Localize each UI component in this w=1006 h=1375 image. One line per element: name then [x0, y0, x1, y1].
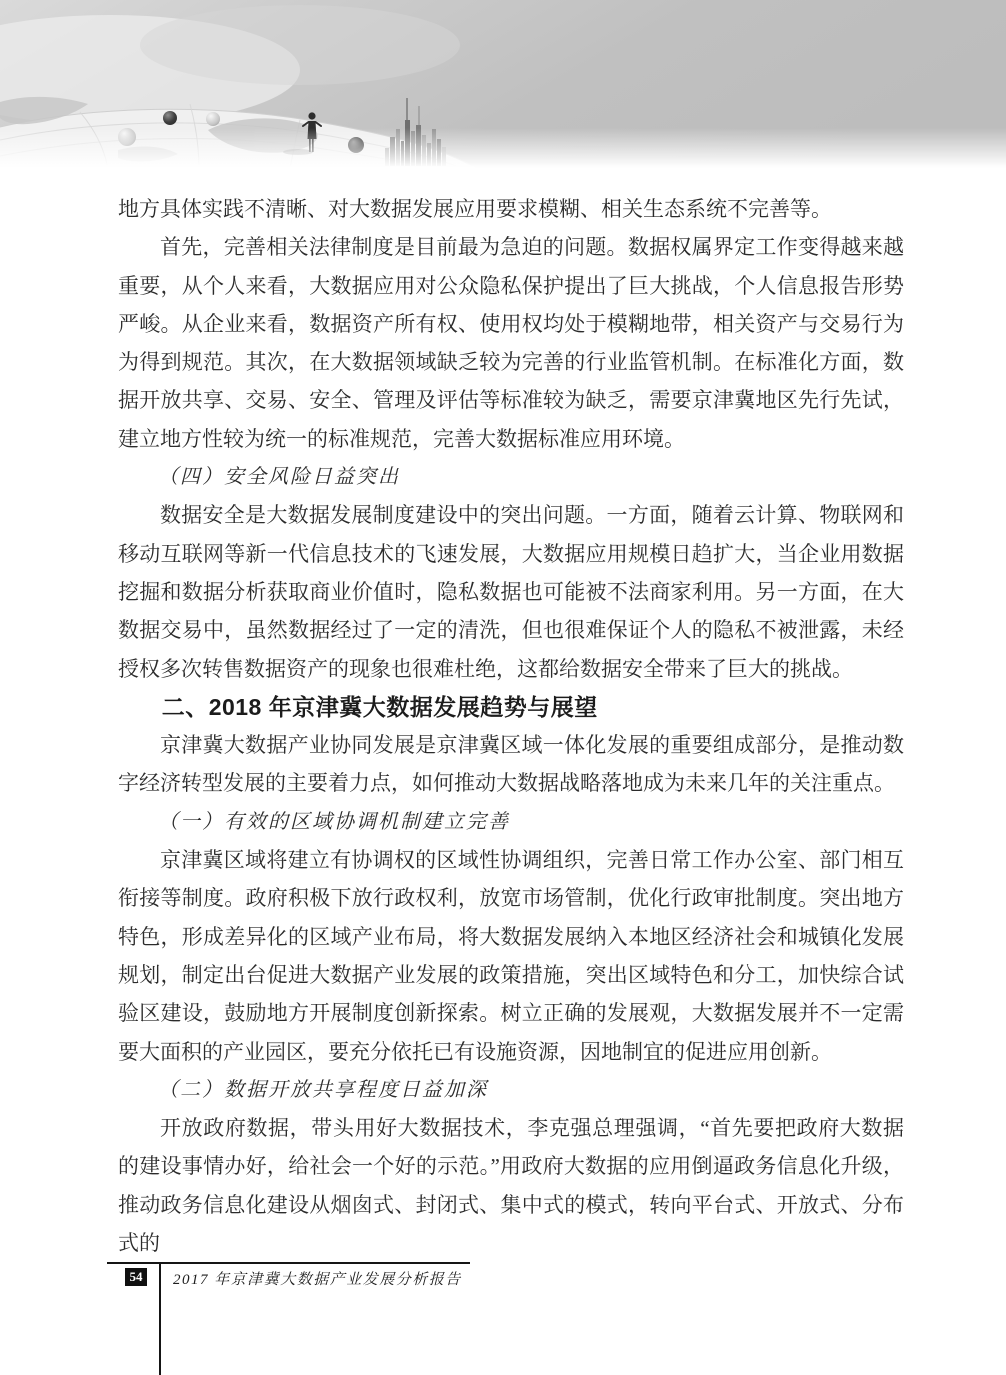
page-number-badge: 54: [125, 1268, 147, 1286]
header-banner-art: [0, 0, 1006, 172]
report-page: 地方具体实践不清晰、对大数据发展应用要求模糊、相关生态系统不完善等。首先，完善相…: [0, 0, 1006, 1375]
paragraph-continuation: 地方具体实践不清晰、对大数据发展应用要求模糊、相关生态系统不完善等。: [118, 190, 904, 228]
paragraph: 首先，完善相关法律制度是目前最为急迫的问题。数据权属界定工作变得越来越重要，从个…: [118, 228, 904, 458]
paragraph: 京津冀大数据产业协同发展是京津冀区域一体化发展的重要组成部分，是推动数字经济转型…: [118, 726, 904, 803]
subheading: （二）数据开放共享程度日益加深: [118, 1071, 904, 1109]
page-body: 地方具体实践不清晰、对大数据发展应用要求模糊、相关生态系统不完善等。首先，完善相…: [118, 190, 904, 1262]
sphere-icon: [163, 111, 177, 125]
subheading: （四）安全风险日益突出: [118, 458, 904, 496]
header-banner: [0, 0, 1006, 172]
paragraph: 京津冀区域将建立有协调权的区域性协调组织，完善日常工作办公室、部门相互衔接等制度…: [118, 841, 904, 1071]
bottom-fade: [0, 128, 1006, 172]
cloud-art: [140, 5, 460, 85]
paragraph: 开放政府数据，带头用好大数据技术，李克强总理强调，“首先要把政府大数据的建设事情…: [118, 1109, 904, 1262]
section-heading: 二、2018 年京津冀大数据发展趋势与展望: [118, 688, 904, 726]
footer-report-title: 2017 年京津冀大数据产业发展分析报告: [173, 1268, 462, 1289]
sphere-icon: [206, 112, 220, 126]
footer-rule: [107, 1262, 470, 1264]
subheading: （一）有效的区域协调机制建立完善: [118, 803, 904, 841]
footer-divider: [159, 1262, 161, 1375]
paragraph: 数据安全是大数据发展制度建设中的突出问题。一方面，随着云计算、物联网和移动互联网…: [118, 496, 904, 687]
